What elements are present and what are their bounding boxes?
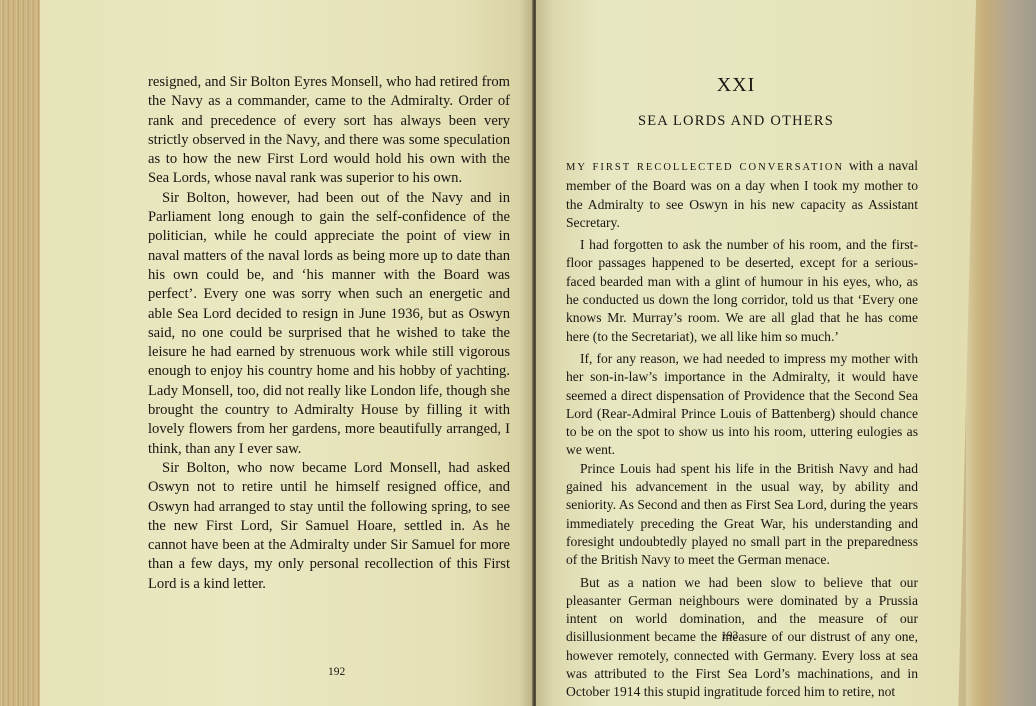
left-page-body: resigned, and Sir Bolton Eyres Monsell, … [148, 73, 510, 594]
page-number: 193 [721, 630, 738, 642]
paragraph: Prince Louis had spent his life in the B… [566, 460, 918, 570]
book-page-edges-right [966, 0, 1036, 706]
right-page-body: My first recollected conversation with a… [566, 157, 918, 702]
paragraph: But as a nation we had been slow to beli… [566, 574, 918, 702]
paragraph: If, for any reason, we had needed to imp… [566, 350, 918, 460]
chapter-title: SEA LORDS AND OTHERS [536, 113, 936, 130]
chapter-number: XXI [536, 74, 936, 97]
paragraph: Sir Bolton, who now became Lord Monsell,… [148, 459, 510, 594]
opening-paragraph: My first recollected conversation with a… [566, 157, 918, 232]
left-page: resigned, and Sir Bolton Eyres Monsell, … [40, 0, 534, 706]
paragraph: Sir Bolton, however, had been out of the… [148, 189, 510, 459]
paragraph: I had forgotten to ask the number of his… [566, 236, 918, 346]
paragraph: resigned, and Sir Bolton Eyres Monsell, … [148, 73, 510, 189]
page-number: 192 [328, 666, 345, 678]
opening-small-caps: My first recollected conversation [566, 162, 844, 173]
right-page: XXI SEA LORDS AND OTHERS My first recoll… [536, 0, 976, 706]
